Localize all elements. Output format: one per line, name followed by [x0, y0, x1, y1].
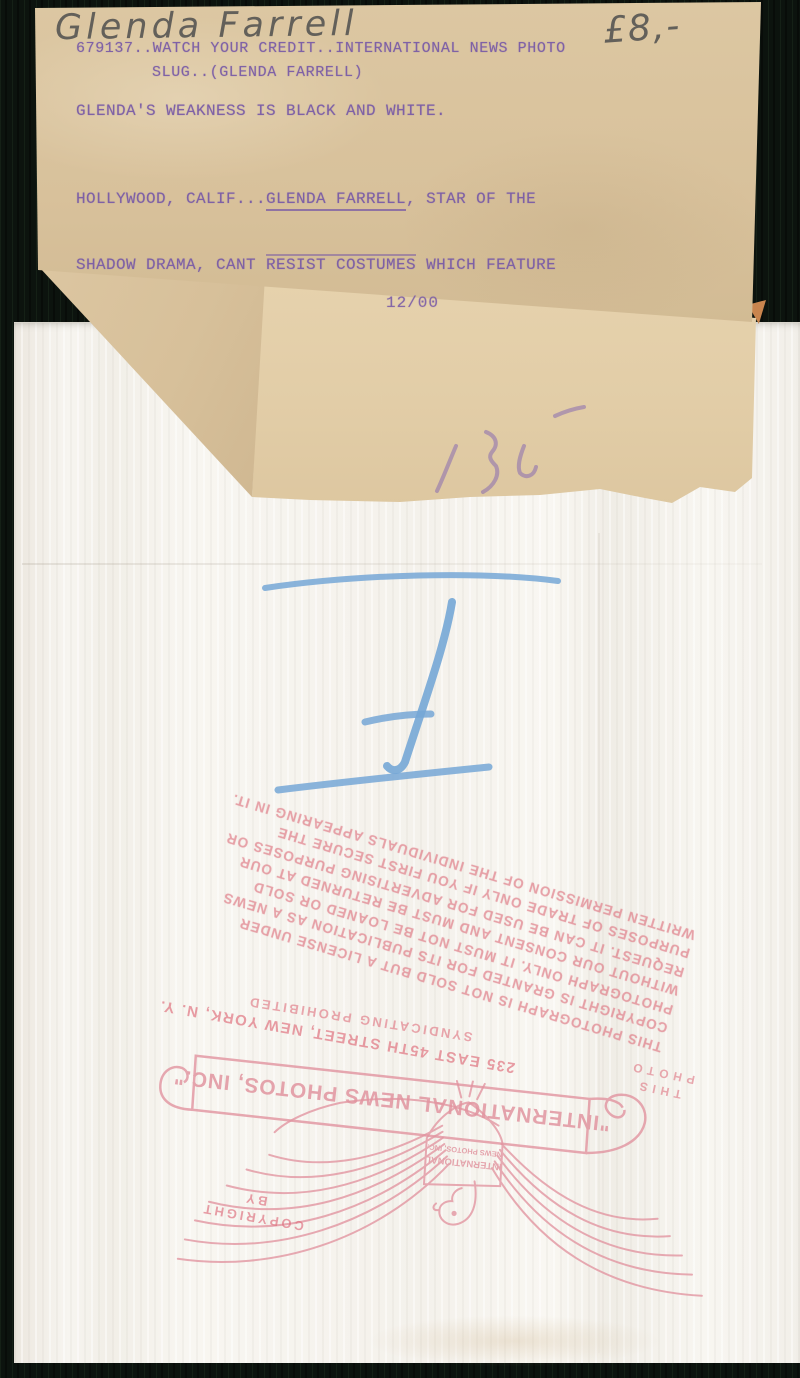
blue-editor-mark-F: F: [240, 540, 580, 820]
credit-line: 679137..WATCH YOUR CREDIT..INTERNATIONAL…: [76, 40, 566, 57]
underlined-name: GLENDA FARRELL: [266, 190, 406, 211]
struck-words: RESIST COSTUMES: [266, 254, 416, 274]
slug-line: SLUG..(GLENDA FARRELL): [152, 64, 363, 81]
caption-slip: Glenda Farrell £8,- 679137..WATCH YOUR C…: [33, 2, 763, 324]
caption-line-2: SHADOW DRAMA, CANT RESIST COSTUMES WHICH…: [76, 254, 576, 276]
caption-headline: GLENDA'S WEAKNESS IS BLACK AND WHITE.: [76, 102, 446, 120]
handwritten-price: £8,-: [602, 5, 683, 51]
handwritten-number-135: 135: [420, 398, 600, 508]
caption-line-1: HOLLYWOOD, CALIF...GLENDA FARRELL, STAR …: [76, 188, 576, 210]
date-code: 12/00: [386, 294, 439, 312]
press-photo-back-scan: 12/00 Glenda Farrell £8,- 679137..WATCH …: [0, 0, 800, 1378]
